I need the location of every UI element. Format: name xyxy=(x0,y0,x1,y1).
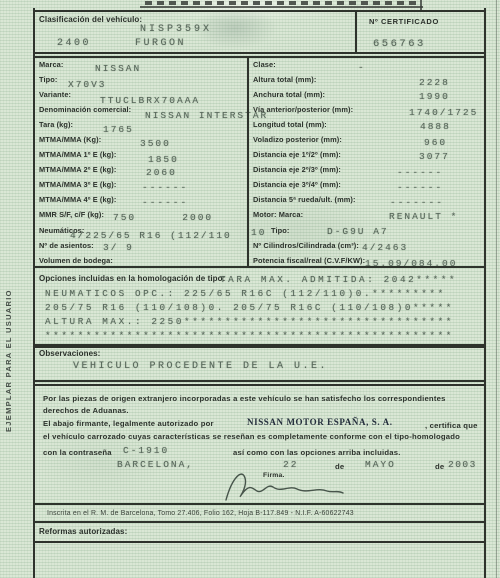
certificate-number-cell: Nº CERTIFICADO 656763 xyxy=(355,12,484,52)
table-row: Variante:TTUCLBRX70AAA xyxy=(35,88,247,103)
table-row: Anchura total (mm):1990 xyxy=(249,88,484,103)
table-row: MTMA/MMA (Kg):3500 xyxy=(35,133,247,148)
vehicle-data-column: Marca:NISSAN Tipo:X70V3 Variante:TTUCLBR… xyxy=(35,58,247,266)
form-body: Clasificación del vehículo: NISP359X 240… xyxy=(33,8,486,578)
table-row: Distancia 5ª rueda/ult. (mm):------- xyxy=(249,193,484,208)
observations-value: VEHICULO PROCEDENTE DE LA U.E. xyxy=(73,361,328,372)
via-value: 1740/1725 xyxy=(409,107,478,118)
company-stamp-text: NISSAN MOTOR ESPAÑA, S. A. xyxy=(247,417,393,427)
options-line-filler: ****************************************… xyxy=(45,330,454,341)
voladizo-value: 960 xyxy=(424,137,447,148)
table-row: MTMA/MMA 3º E (kg):------ xyxy=(35,178,247,193)
options-label: Opciones incluidas en la homologación de… xyxy=(39,274,225,283)
conformity-text-line: el vehículo carrozado cuyas característi… xyxy=(43,432,460,441)
issue-city-value: BARCELONA, xyxy=(117,459,194,470)
registry-inscription-strip: Inscrita en el R. M. de Barcelona, Tomo … xyxy=(35,505,484,523)
table-row: Marca:NISSAN xyxy=(35,58,247,73)
technical-data-section: Marca:NISSAN Tipo:X70V3 Variante:TTUCLBR… xyxy=(35,56,484,268)
table-row: Nº Cilindros/Cilindrada (cm³):4/2463 xyxy=(249,239,484,254)
mtma-4e-value: ------ xyxy=(142,197,188,208)
table-row: Clase:- xyxy=(249,58,484,73)
registry-inscription-text: Inscrita en el R. M. de Barcelona, Tomo … xyxy=(47,510,354,517)
type-approval-code-value: NISP359X xyxy=(140,24,212,35)
observations-label: Observaciones: xyxy=(39,349,100,358)
table-row: Altura total (mm):2228 xyxy=(249,73,484,88)
options-line-tyres-2: 205/75 R16 (110/108)0. 205/75 R16C (110/… xyxy=(45,302,454,313)
options-line-tara-max: TARA MAX. ADMITIDA: 2042***** xyxy=(220,274,457,285)
homologation-options-section: Opciones incluidas en la homologación de… xyxy=(35,270,484,348)
table-row: Motor: Marca:RENAULT * xyxy=(249,208,484,223)
classification-label: Clasificación del vehículo: xyxy=(39,15,142,24)
observations-section: Observaciones: VEHICULO PROCEDENTE DE LA… xyxy=(35,344,484,382)
table-row: Nº de asientos:3/ 9 xyxy=(35,239,247,254)
certificate-number-label: Nº CERTIFICADO xyxy=(369,17,439,26)
table-row: MTMA/MMA 2º E (kg):2060 xyxy=(35,163,247,178)
table-row: Longitud total (mm):4888 xyxy=(249,118,484,133)
customs-text-line2: derechos de Aduanas. xyxy=(43,406,129,415)
eje23-value: ------ xyxy=(397,167,443,178)
eje12-value: 3077 xyxy=(419,151,450,162)
quinta-rueda-value: ------- xyxy=(390,197,444,208)
authorized-reforms-section: Reformas autorizadas: xyxy=(35,523,484,543)
altura-value: 2228 xyxy=(419,77,450,88)
table-row: MMR S/F, c/F (kg):750 2000 xyxy=(35,208,247,223)
table-row: MTMA/MMA 1º E (kg):1850 xyxy=(35,148,247,163)
mmr-value: 750 2000 xyxy=(113,212,213,223)
asientos-value: 3/ 9 xyxy=(103,242,134,253)
anchura-value: 1990 xyxy=(419,91,450,102)
table-row: Distancia eje 2º/3º (mm):------ xyxy=(249,163,484,178)
table-row: Vía anterior/posterior (mm):1740/1725 xyxy=(249,103,484,118)
table-row: Distancia eje 3º/4º (mm):------ xyxy=(249,178,484,193)
certifier-text-post: , certifica que xyxy=(425,421,478,430)
mtma-3e-value: ------ xyxy=(142,182,188,193)
reforms-label: Reformas autorizadas: xyxy=(39,527,127,536)
tyre-spec-overflow: 10 xyxy=(251,227,266,238)
eje34-value: ------ xyxy=(397,182,443,193)
copy-for-user-vertical-label: EJEMPLAR PARA EL USUARIO xyxy=(4,289,13,432)
issue-year-value: 2003 xyxy=(448,459,477,470)
motor-tipo-value: D-G9U A7 xyxy=(327,226,389,237)
homologation-password-value: C-1910 xyxy=(123,445,169,456)
mtma-2e-value: 2060 xyxy=(146,167,177,178)
potencia-value: 15.09/084.00 xyxy=(365,258,457,269)
cutoff-text-strip xyxy=(145,1,420,5)
table-row: Neumáticos:4/225/65 R16 (112/110 xyxy=(35,224,247,239)
cilindrada-value: 4/2463 xyxy=(362,242,408,253)
body-type-value: FURGON xyxy=(135,38,186,49)
motor-marca-value: RENAULT * xyxy=(389,211,458,222)
options-line-altura-max: ALTURA MAX.: 2250***********************… xyxy=(45,316,454,327)
class-number-value: 2400 xyxy=(57,38,91,49)
page-right-edge-line xyxy=(496,0,497,578)
certifier-text-pre: El abajo firmante, legalmente autorizado… xyxy=(43,419,214,428)
options-line-tyres-1: NEUMATICOS OPC.: 225/65 R16C (112/110)0.… xyxy=(45,288,446,299)
customs-certification-section: Por las piezas de origen extranjero inco… xyxy=(35,384,484,505)
table-row: Voladizo posterior (mm):960 xyxy=(249,133,484,148)
table-row: Denominación comercial:NISSAN INTERSTAR xyxy=(35,103,247,118)
date-de-label-2: de xyxy=(435,462,444,471)
dimensions-data-column: Clase:- Altura total (mm):2228 Anchura t… xyxy=(247,58,484,266)
table-row: Volumen de bodega: xyxy=(35,254,247,269)
table-row: Potencia fiscal/real (C.V.F/KW):15.09/08… xyxy=(249,254,484,269)
table-row: MTMA/MMA 4º E (kg):------ xyxy=(35,193,247,208)
password-text-pre: con la contraseña xyxy=(43,448,112,457)
table-row: Distancia eje 1º/2º (mm):3077 xyxy=(249,148,484,163)
password-text-post: así como con las opciones arriba incluid… xyxy=(233,448,401,457)
table-row: Tara (kg):1765 xyxy=(35,118,247,133)
customs-text-line1: Por las piezas de origen extranjero inco… xyxy=(43,394,446,403)
vehicle-certificate-document: EJEMPLAR PARA EL USUARIO Clasificación d… xyxy=(0,0,500,578)
issue-month-value: MAYO xyxy=(365,459,396,470)
longitud-value: 4888 xyxy=(420,121,451,132)
table-row: Tipo:X70V3 xyxy=(35,73,247,88)
classification-section: Clasificación del vehículo: NISP359X 240… xyxy=(35,10,484,54)
clase-value: - xyxy=(358,62,366,73)
table-row: 10 Tipo: D-G9U A7 xyxy=(249,224,484,239)
certificate-number-value: 656763 xyxy=(373,38,426,50)
